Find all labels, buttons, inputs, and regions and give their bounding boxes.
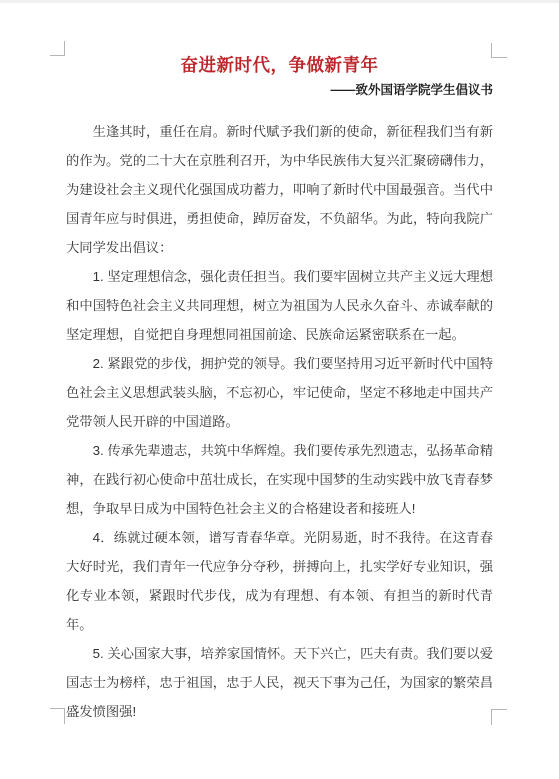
- document-body: 生逢其时，重任在肩。新时代赋予我们新的使命，新征程我们当有新的作为。党的二十大在…: [66, 117, 493, 726]
- body-paragraph-item-2: 2. 紧跟党的步伐，拥护党的领导。我们要坚持用习近平新时代中国特色社会主义思想武…: [66, 349, 493, 436]
- document-text-area: 奋进新时代，争做新青年 ——致外国语学院学生倡议书 生逢其时，重任在肩。新时代赋…: [66, 0, 493, 779]
- body-paragraph-item-1: 1. 坚定理想信念，强化责任担当。我们要牢固树立共产主义远大理想和中国特色社会主…: [66, 262, 493, 349]
- document-subtitle: ——致外国语学院学生倡议书: [66, 82, 493, 99]
- body-paragraph-intro: 生逢其时，重任在肩。新时代赋予我们新的使命，新征程我们当有新的作为。党的二十大在…: [66, 117, 493, 262]
- body-paragraph-item-4: 4．练就过硬本领，谱写青春华章。光阴易逝，时不我待。在这青春大好时光，我们青年一…: [66, 523, 493, 639]
- body-paragraph-item-3: 3. 传承先辈遗志，共筑中华辉煌。我们要传承先烈遗志，弘扬革命精神，在践行初心使…: [66, 436, 493, 523]
- text-boundary-mark-top-right: [491, 43, 507, 58]
- document-page: 奋进新时代，争做新青年 ——致外国语学院学生倡议书 生逢其时，重任在肩。新时代赋…: [0, 0, 559, 779]
- document-title: 奋进新时代，争做新青年: [66, 52, 493, 78]
- text-boundary-mark-top-left: [50, 41, 65, 56]
- body-paragraph-item-5: 5. 关心国家大事，培养家国情怀。天下兴亡，匹夫有责。我们要以爱国志士为榜样，忠…: [66, 639, 493, 726]
- text-boundary-mark-bottom-left: [50, 708, 65, 724]
- text-boundary-mark-bottom-right: [491, 709, 507, 725]
